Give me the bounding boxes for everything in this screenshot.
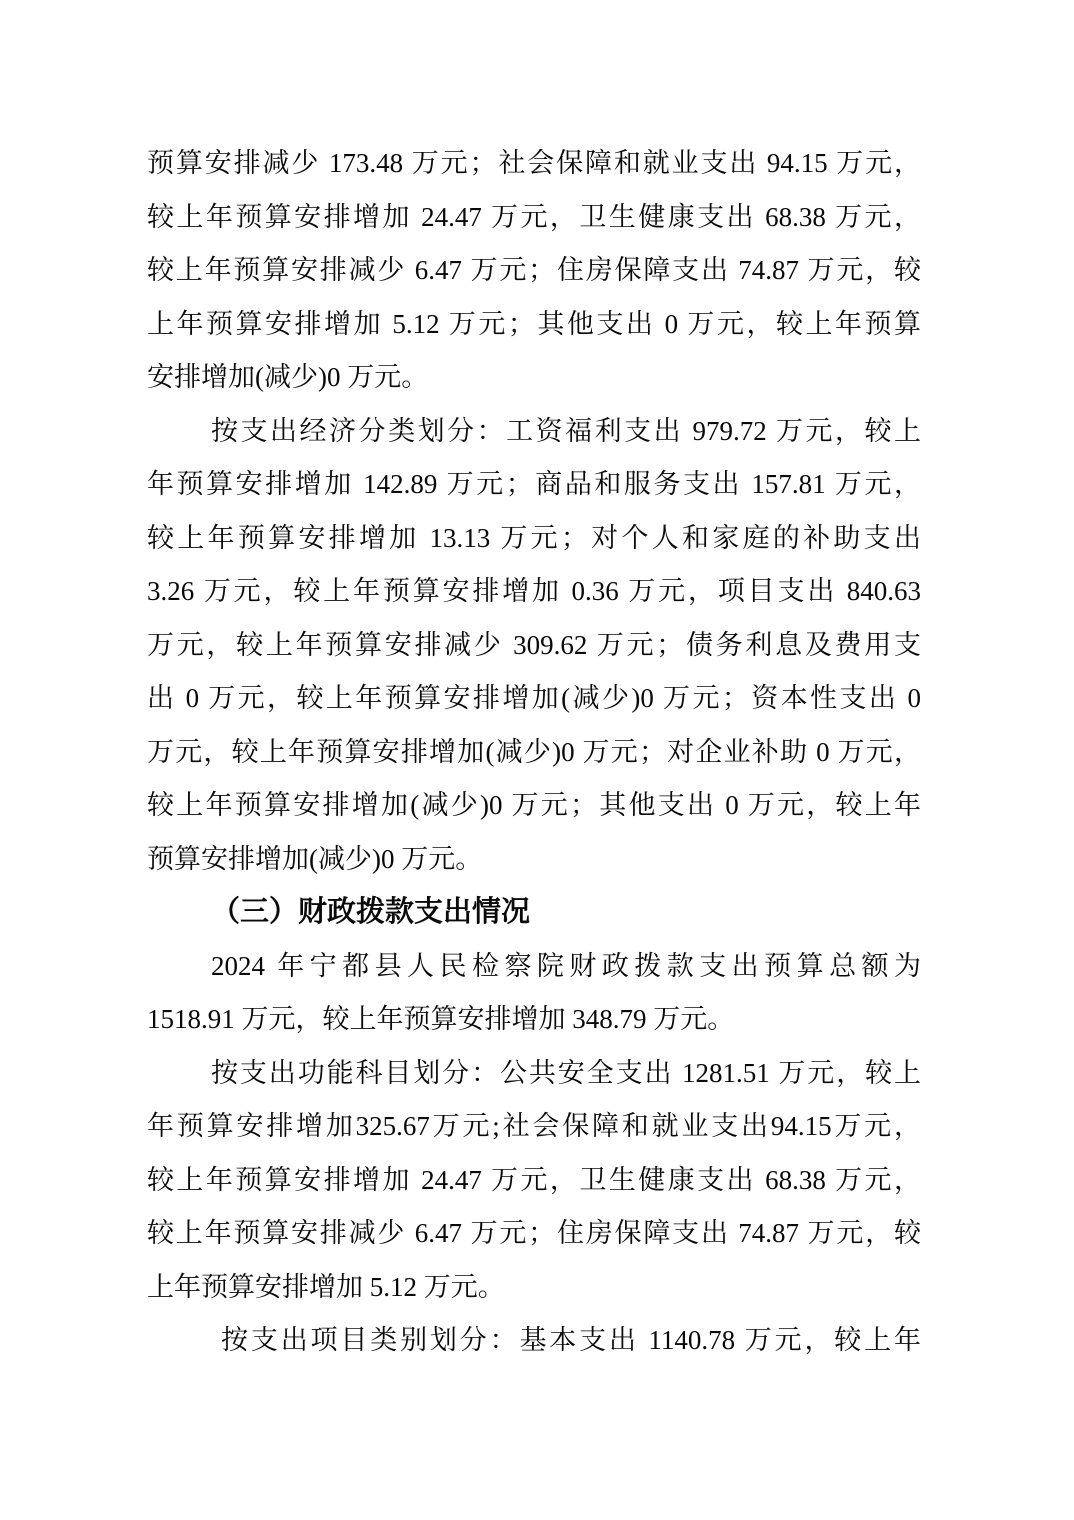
text-line: 万元，较上年预算安排增加(减少)0 万元；对企业补助 0 万元， (147, 726, 921, 780)
text-line: 较上年预算安排增加 24.47 万元，卫生健康支出 68.38 万元， (147, 191, 921, 245)
text-line: 按支出项目类别划分：基本支出 1140.78 万元，较上年 (147, 1314, 921, 1368)
text-line: 出 0 万元，较上年预算安排增加(减少)0 万元；资本性支出 0 (147, 672, 921, 726)
text-line: 预算安排增加(减少)0 万元。 (147, 833, 921, 887)
text-line: 较上年预算安排增加 13.13 万元；对个人和家庭的补助支出 (147, 512, 921, 566)
text-line: 年预算安排增加 142.89 万元；商品和服务支出 157.81 万元， (147, 458, 921, 512)
text-line: 上年预算安排增加 5.12 万元；其他支出 0 万元，较上年预算 (147, 298, 921, 352)
text-line: 年预算安排增加325.67万元;社会保障和就业支出94.15万元， (147, 1100, 921, 1154)
text-line: 2024 年宁都县人民检察院财政拨款支出预算总额为 (147, 940, 921, 994)
text-line: 安排增加(减少)0 万元。 (147, 351, 921, 405)
text-line: 按支出功能科目划分：公共安全支出 1281.51 万元，较上 (147, 1047, 921, 1101)
section-heading: （三）财政拨款支出情况 (147, 886, 921, 940)
text-line: 较上年预算安排增加 24.47 万元，卫生健康支出 68.38 万元， (147, 1154, 921, 1208)
text-line: 1518.91 万元，较上年预算安排增加 348.79 万元。 (147, 993, 921, 1047)
text-line: 较上年预算安排减少 6.47 万元；住房保障支出 74.87 万元，较 (147, 1207, 921, 1261)
text-line: 3.26 万元，较上年预算安排增加 0.36 万元，项目支出 840.63 (147, 565, 921, 619)
text-line: 上年预算安排增加 5.12 万元。 (147, 1261, 921, 1315)
text-line: 较上年预算安排增加(减少)0 万元；其他支出 0 万元，较上年 (147, 779, 921, 833)
text-line: 预算安排减少 173.48 万元；社会保障和就业支出 94.15 万元， (147, 137, 921, 191)
text-line: 万元，较上年预算安排减少 309.62 万元；债务利息及费用支 (147, 619, 921, 673)
text-line: 按支出经济分类划分：工资福利支出 979.72 万元，较上 (147, 405, 921, 459)
text-line: 较上年预算安排减少 6.47 万元；住房保障支出 74.87 万元，较 (147, 244, 921, 298)
budget-text-block: 预算安排减少 173.48 万元；社会保障和就业支出 94.15 万元， 较上年… (147, 137, 921, 1368)
document-page: 预算安排减少 173.48 万元；社会保障和就业支出 94.15 万元， 较上年… (0, 0, 1074, 1520)
